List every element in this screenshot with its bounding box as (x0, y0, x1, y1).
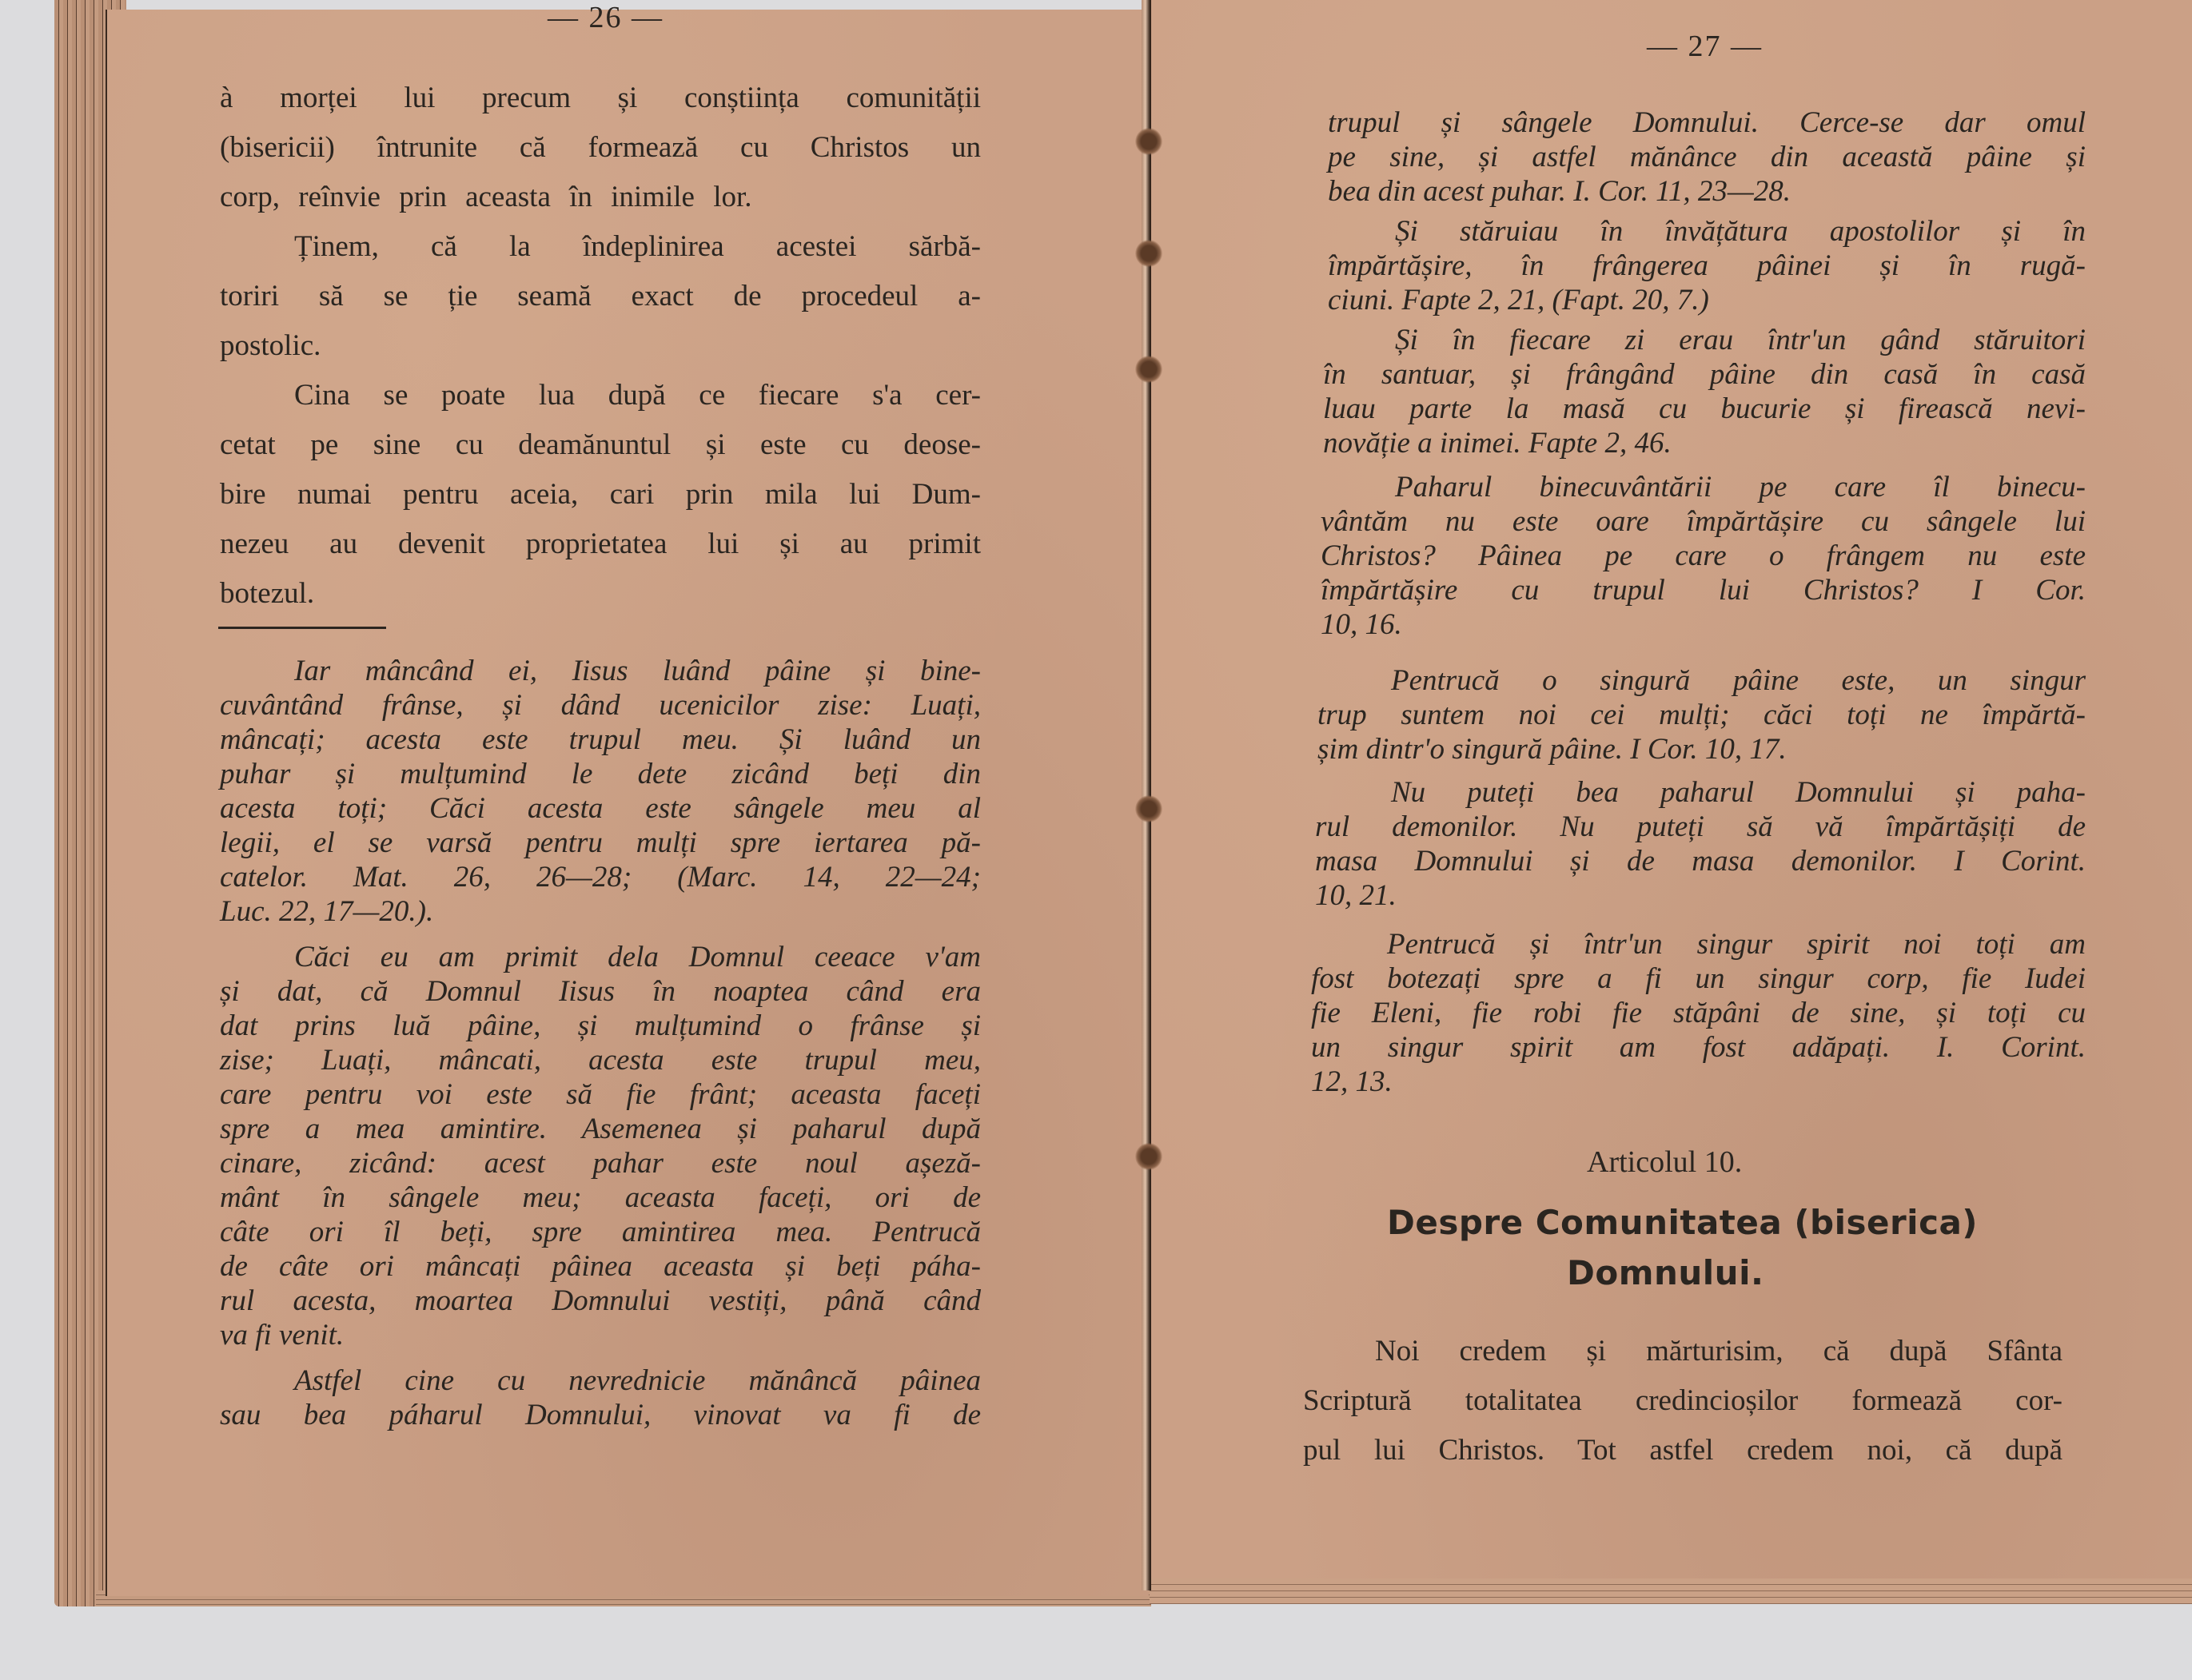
binding-stitch (1135, 128, 1162, 155)
right-text-line: Noi credem și mărturisim, că după Sfânta (1375, 1327, 2062, 1376)
left-scripture-line: cinare, zicând: acest pahar este noul aș… (220, 1146, 981, 1181)
right-scripture-line: vântăm nu este oare împărtășire cu sânge… (1321, 504, 2086, 539)
article-label: Articolul 10. (1587, 1145, 1742, 1180)
right-scripture-line: Nu puteți bea paharul Domnului și paha- (1391, 775, 2086, 810)
right-scripture-line: ciuni. Fapte 2, 21, (Fapt. 20, 7.) (1328, 283, 1709, 318)
right-scripture-line: bea din acest puhar. I. Cor. 11, 23—28. (1328, 174, 1791, 209)
right-page-number: — 27 — (1647, 29, 1763, 64)
binding-stitch (1135, 1143, 1162, 1170)
right-scripture-line: Pentrucă și într'un singur spirit noi to… (1387, 927, 2086, 962)
right-scripture-line: luau parte la masă cu bucurie și fireasc… (1323, 392, 2086, 427)
left-scripture-line: mâncați; acesta este trupul meu. Și luân… (220, 723, 981, 758)
right-scripture-line: Și stăruiau în învățătura apostolilor și… (1395, 214, 2086, 249)
left-scripture-line: dat prins luă pâine, și mulțumind o frân… (220, 1009, 981, 1044)
right-scripture-line: novăție a inimei. Fapte 2, 46. (1323, 426, 1672, 461)
binding-stitch (1135, 240, 1162, 267)
right-scripture-line: în santuar, și frângând pâine din casă î… (1323, 357, 2086, 392)
article-title-line-1: Despre Comunitatea (biserica) (1387, 1203, 1978, 1242)
right-scripture-line: 10, 21. (1315, 878, 1397, 914)
right-scripture-line: fie Eleni, fie robi fie stăpâni de sine,… (1311, 996, 2086, 1031)
left-text-line: corp, reînvie prin aceasta în inimile lo… (220, 173, 981, 222)
left-text-line: toriri să se ție seamă exact de procedeu… (220, 272, 981, 321)
right-scripture-line: împărtășire, în frângerea pâinei și în r… (1328, 249, 2086, 284)
left-scripture-line: de câte ori mâncați pâinea aceasta și be… (220, 1249, 981, 1284)
binding-stitch (1135, 356, 1162, 383)
left-scripture-line: zise; Luați, mâncati, acesta este trupul… (220, 1043, 981, 1078)
right-scripture-line: șim dintr'o singură pâine. I Cor. 10, 17… (1317, 732, 1787, 767)
left-scripture-line: care pentru voi este să fie frânt; aceas… (220, 1077, 981, 1113)
article-title-line-2: Domnului. (1567, 1253, 1764, 1292)
right-scripture-line: Paharul binecuvântării pe care îl binecu… (1395, 470, 2086, 505)
left-scripture-line: sau bea páharul Domnului, vinovat va fi … (220, 1398, 981, 1433)
left-scripture-line: mânt în sângele meu; aceasta faceți, ori… (220, 1180, 981, 1216)
right-scripture-line: pe sine, și astfel mănânce din această p… (1328, 140, 2086, 175)
left-page-number: — 26 — (548, 0, 664, 35)
left-text-line: bire numai pentru aceia, cari prin mila … (220, 470, 981, 520)
right-text-line: pul lui Christos. Tot astfel credem noi,… (1303, 1426, 2062, 1475)
left-scripture-line: rul acesta, moartea Domnului vestiți, pâ… (220, 1284, 981, 1319)
left-scripture-line: Luc. 22, 17—20.). (220, 894, 433, 930)
section-divider-rule (218, 627, 386, 629)
left-scripture-line: legii, el se varsă pentru mulți spre ier… (220, 826, 981, 861)
left-text-line: Cina se poate lua după ce fiecare s'a ce… (294, 371, 981, 420)
right-scripture-line: 12, 13. (1311, 1065, 1393, 1100)
left-scripture-line: Iar mâncând ei, Iisus luând pâine și bin… (294, 654, 981, 689)
left-text-line: cetat pe sine cu deamănuntul și este cu … (220, 420, 981, 470)
right-scripture-line: Pentrucă o singură pâine este, un singur (1391, 663, 2086, 699)
right-scripture-line: rul demonilor. Nu puteți să vă împărtăși… (1315, 810, 2086, 845)
left-scripture-line: spre a mea amintire. Asemenea și paharul… (220, 1112, 981, 1147)
left-scripture-line: Astfel cine cu nevrednicie mănâncă pâine… (294, 1364, 981, 1399)
right-text-line: Scriptură totalitatea credincioșilor for… (1303, 1376, 2062, 1426)
left-text-line: à morței lui precum și conștiința comuni… (220, 74, 981, 123)
left-text-line: (bisericii) întrunite că formează cu Chr… (220, 123, 981, 173)
page-stack-edge-bottom-right (1150, 1578, 2192, 1604)
right-scripture-line: Christos? Pâinea pe care o frângem nu es… (1321, 539, 2086, 574)
left-text-line: Ținem, că la îndeplinirea acestei sărbă- (294, 222, 981, 272)
right-scripture-line: masa Domnului și de masa demonilor. I Co… (1315, 844, 2086, 879)
left-scripture-line: câte ori îl beți, spre amintirea mea. Pe… (220, 1215, 981, 1250)
left-scripture-line: puhar și mulțumind le dete zicând beți d… (220, 757, 981, 792)
left-text-line: postolic. (220, 321, 321, 371)
right-scripture-line: Și în fiecare zi erau într'un gând stăru… (1395, 323, 2086, 358)
left-text-line: botezul. (220, 569, 314, 619)
right-scripture-line: trup suntem noi cei mulți; căci toți ne … (1317, 698, 2086, 733)
right-scripture-line: împărtășire cu trupul lui Christos? I Co… (1321, 573, 2086, 608)
left-scripture-line: va fi venit. (220, 1318, 344, 1353)
left-scripture-line: Căci eu am primit dela Domnul ceeace v'a… (294, 940, 981, 975)
left-text-line: nezeu au devenit proprietatea lui și au … (220, 520, 981, 569)
left-scripture-line: și dat, că Domnul Iisus în noaptea când … (220, 974, 981, 1009)
right-scripture-line: 10, 16. (1321, 607, 1402, 643)
right-scripture-line: un singur spirit am fost adăpați. I. Cor… (1311, 1030, 2086, 1065)
right-scripture-line: fost botezați spre a fi un singur corp, … (1311, 961, 2086, 997)
book-spread: — 26 — à morței lui precum și conștiința… (0, 0, 2192, 1680)
left-scripture-line: catelor. Mat. 26, 26—28; (Marc. 14, 22—2… (220, 860, 981, 895)
binding-stitch (1135, 795, 1162, 822)
left-scripture-line: acesta toți; Căci acesta este sângele me… (220, 791, 981, 826)
right-scripture-line: trupul și sângele Domnului. Cerce-se dar… (1328, 105, 2086, 141)
left-scripture-line: cuvântând frânse, și dând ucenicilor zis… (220, 688, 981, 723)
